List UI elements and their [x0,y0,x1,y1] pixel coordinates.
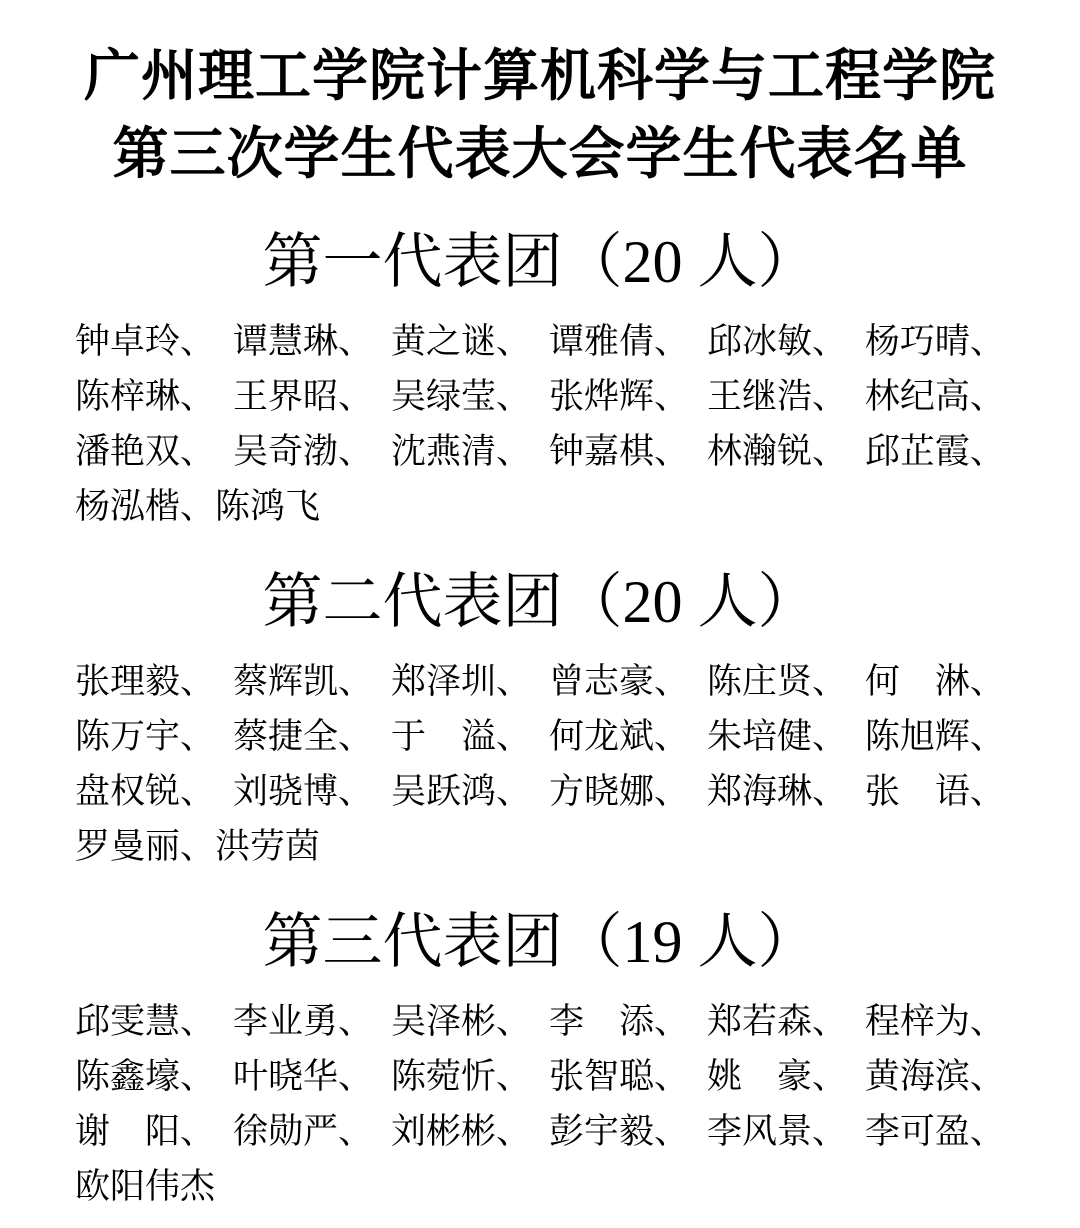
section-heading-delegation-1: 第一代表团（20 人） [75,224,1005,300]
name-line: 盘权锐、刘骁博、吴跃鸿、方晓娜、郑海琳、张 语、 [75,764,1005,819]
name-line: 陈鑫壕、叶晓华、陈菀忻、张智聪、姚 豪、黄海滨、 [75,1049,1005,1104]
name-line: 欧阳伟杰 [75,1159,1005,1214]
delegate-name: 邱雯慧、 [75,994,215,1049]
delegate-name: 刘彬彬、 [391,1104,531,1159]
name-line: 杨泓楷、陈鸿飞 [75,479,1005,534]
delegate-name: 吴奇渤、 [233,424,373,479]
delegate-name: 李 添、 [549,994,689,1049]
name-line: 钟卓玲、谭慧琳、黄之谜、谭雅倩、邱冰敏、杨巧晴、 [75,314,1005,369]
delegate-name: 李可盈、 [865,1104,1005,1159]
delegate-name: 洪劳茵 [215,819,320,874]
delegate-name: 徐勋严、 [233,1104,373,1159]
delegate-name: 朱培健、 [707,709,847,764]
delegate-name: 张 语、 [865,764,1005,819]
delegate-name: 郑泽圳、 [391,654,531,709]
name-line: 谢 阳、徐勋严、刘彬彬、彭宇毅、李风景、李可盈、 [75,1104,1005,1159]
delegate-name-list-3: 邱雯慧、李业勇、吴泽彬、李 添、郑若森、程梓为、陈鑫壕、叶晓华、陈菀忻、张智聪、… [75,994,1005,1214]
delegate-name: 林纪高、 [865,369,1005,424]
delegate-name: 蔡捷全、 [233,709,373,764]
delegate-name: 潘艳双、 [75,424,215,479]
delegate-name: 黄海滨、 [865,1049,1005,1104]
delegate-name: 陈鑫壕、 [75,1049,215,1104]
delegate-name: 欧阳伟杰 [75,1159,215,1214]
delegate-name-list-1: 钟卓玲、谭慧琳、黄之谜、谭雅倩、邱冰敏、杨巧晴、陈梓琳、王界昭、吴绿莹、张烨辉、… [75,314,1005,534]
delegate-name: 钟嘉棋、 [549,424,689,479]
delegate-name: 张智聪、 [549,1049,689,1104]
delegate-name: 陈旭辉、 [865,709,1005,764]
delegate-name: 曾志豪、 [549,654,689,709]
delegate-name: 吴跃鸿、 [391,764,531,819]
delegate-name: 陈菀忻、 [391,1049,531,1104]
delegate-name: 陈庄贤、 [707,654,847,709]
delegate-name: 叶晓华、 [233,1049,373,1104]
section-heading-delegation-3: 第三代表团（19 人） [75,904,1005,980]
delegate-name: 程梓为、 [865,994,1005,1049]
delegate-name: 郑若森、 [707,994,847,1049]
delegate-name: 沈燕清、 [391,424,531,479]
name-line: 张理毅、蔡辉凯、郑泽圳、曾志豪、陈庄贤、何 淋、 [75,654,1005,709]
title-line-2: 第三次学生代表大会学生代表名单 [75,116,1005,194]
name-line: 邱雯慧、李业勇、吴泽彬、李 添、郑若森、程梓为、 [75,994,1005,1049]
delegate-name: 李业勇、 [233,994,373,1049]
delegate-name: 林瀚锐、 [707,424,847,479]
delegate-name: 盘权锐、 [75,764,215,819]
delegate-name: 刘骁博、 [233,764,373,819]
delegate-name: 彭宇毅、 [549,1104,689,1159]
delegate-name: 张烨辉、 [549,369,689,424]
name-line: 陈万宇、蔡捷全、于 溢、何龙斌、朱培健、陈旭辉、 [75,709,1005,764]
delegation-section-2: 第二代表团（20 人） 张理毅、蔡辉凯、郑泽圳、曾志豪、陈庄贤、何 淋、陈万宇、… [75,564,1005,874]
delegate-name: 李风景、 [707,1104,847,1159]
delegate-name: 王继浩、 [707,369,847,424]
delegate-name: 张理毅、 [75,654,215,709]
delegate-name: 陈万宇、 [75,709,215,764]
delegate-name-list-2: 张理毅、蔡辉凯、郑泽圳、曾志豪、陈庄贤、何 淋、陈万宇、蔡捷全、于 溢、何龙斌、… [75,654,1005,874]
document-title: 广州理工学院计算机科学与工程学院 第三次学生代表大会学生代表名单 [75,38,1005,194]
delegate-name: 谢 阳、 [75,1104,215,1159]
delegation-section-3: 第三代表团（19 人） 邱雯慧、李业勇、吴泽彬、李 添、郑若森、程梓为、陈鑫壕、… [75,904,1005,1214]
delegate-name: 钟卓玲、 [75,314,215,369]
delegate-name: 杨巧晴、 [865,314,1005,369]
delegate-name: 吴泽彬、 [391,994,531,1049]
delegate-name: 黄之谜、 [391,314,531,369]
delegate-name: 吴绿莹、 [391,369,531,424]
delegate-name: 何 淋、 [865,654,1005,709]
name-line: 潘艳双、吴奇渤、沈燕清、钟嘉棋、林瀚锐、邱芷霞、 [75,424,1005,479]
delegate-name: 蔡辉凯、 [233,654,373,709]
delegate-name: 谭雅倩、 [549,314,689,369]
delegate-name: 姚 豪、 [707,1049,847,1104]
delegate-name: 谭慧琳、 [233,314,373,369]
name-line: 罗曼丽、洪劳茵 [75,819,1005,874]
delegate-name: 郑海琳、 [707,764,847,819]
delegate-name: 陈梓琳、 [75,369,215,424]
name-line: 陈梓琳、王界昭、吴绿莹、张烨辉、王继浩、林纪高、 [75,369,1005,424]
section-heading-delegation-2: 第二代表团（20 人） [75,564,1005,640]
delegation-section-1: 第一代表团（20 人） 钟卓玲、谭慧琳、黄之谜、谭雅倩、邱冰敏、杨巧晴、陈梓琳、… [75,224,1005,534]
delegate-name: 方晓娜、 [549,764,689,819]
document-page: 广州理工学院计算机科学与工程学院 第三次学生代表大会学生代表名单 第一代表团（2… [0,0,1080,1228]
delegate-name: 罗曼丽、 [75,819,215,874]
delegate-name: 杨泓楷、 [75,479,215,534]
delegate-name: 陈鸿飞 [215,479,320,534]
delegate-name: 邱冰敏、 [707,314,847,369]
delegate-name: 邱芷霞、 [865,424,1005,479]
delegate-name: 于 溢、 [391,709,531,764]
title-line-1: 广州理工学院计算机科学与工程学院 [75,38,1005,116]
delegate-name: 王界昭、 [233,369,373,424]
delegate-name: 何龙斌、 [549,709,689,764]
